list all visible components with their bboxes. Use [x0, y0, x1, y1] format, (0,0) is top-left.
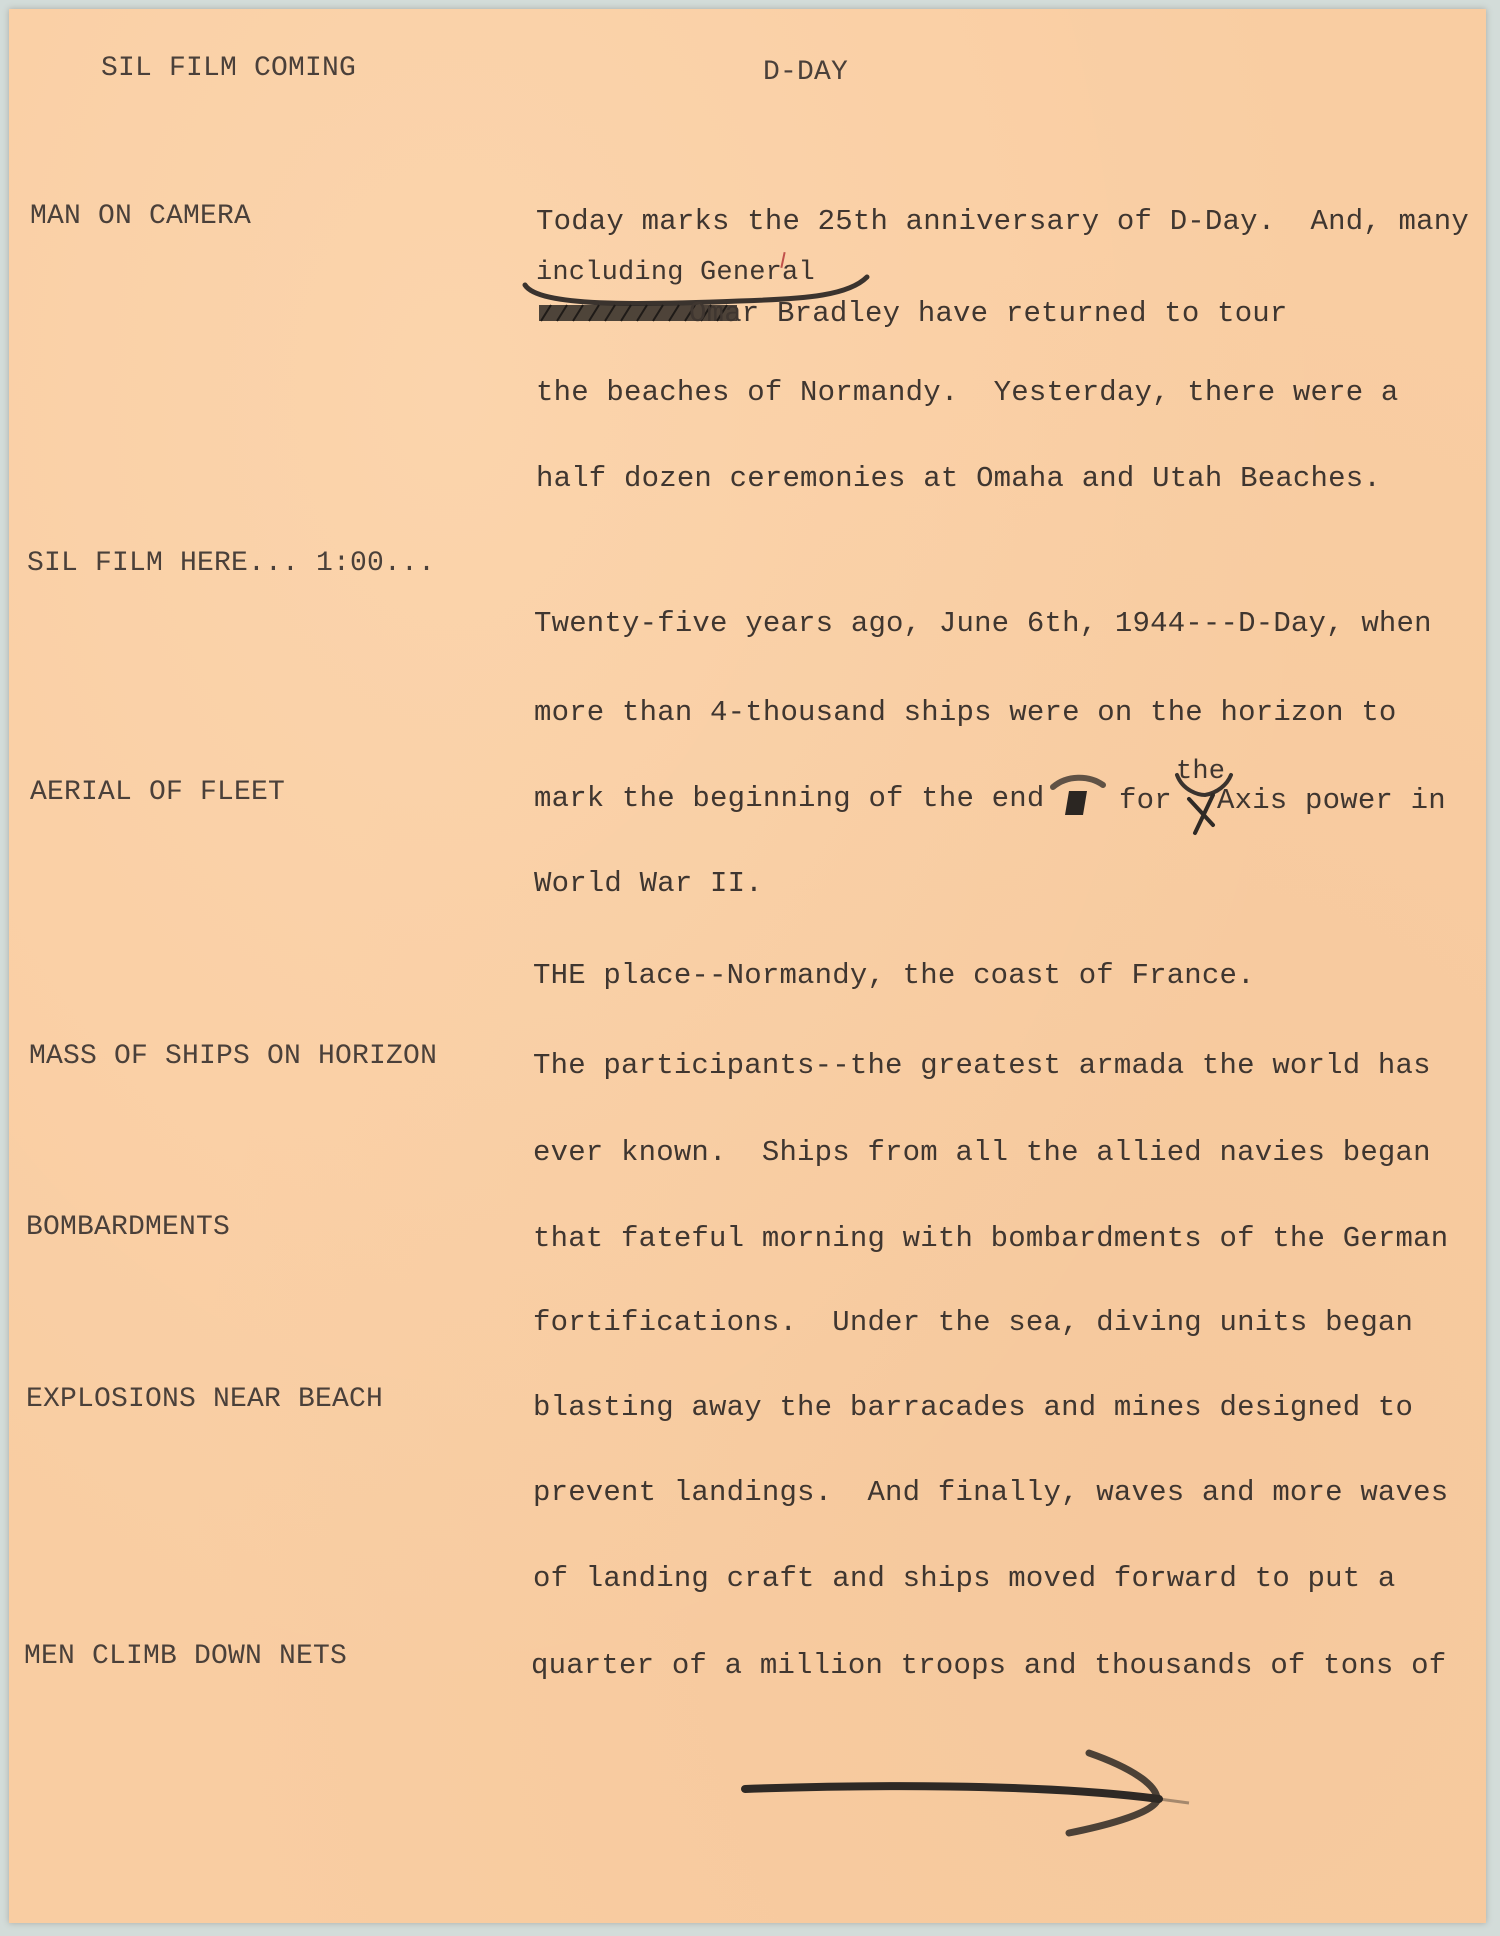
script-line: fortifications. Under the sea, diving un…	[533, 1308, 1413, 1337]
script-line: mark the beginning of the end	[534, 784, 1044, 813]
script-word-axis: Axis power in	[1217, 786, 1446, 815]
script-line: The participants--the greatest armada th…	[533, 1051, 1431, 1080]
cue-mass-of-ships: MASS OF SHIPS ON HORIZON	[29, 1043, 437, 1071]
script-line: half dozen ceremonies at Omaha and Utah …	[536, 464, 1381, 493]
script-line: quarter of a million troops and thousand…	[531, 1651, 1446, 1680]
cue-sil-film-here: SIL FILM HERE... 1:00...	[27, 550, 435, 578]
script-line: World War II.	[534, 869, 763, 898]
script-line: prevent landings. And finally, waves and…	[533, 1478, 1448, 1507]
script-line: ever known. Ships from all the allied na…	[533, 1138, 1431, 1167]
handwritten-insert: including General	[536, 260, 815, 287]
script-line: blasting away the barracades and mines d…	[533, 1393, 1413, 1422]
script-line: THE place--Normandy, the coast of France…	[533, 961, 1255, 990]
cue-explosions-near-beach: EXPLOSIONS NEAR BEACH	[26, 1386, 383, 1414]
script-line: the beaches of Normandy. Yesterday, ther…	[536, 378, 1399, 407]
script-line: Omar Bradley have returned to tour	[689, 299, 1288, 328]
cue-aerial-of-fleet: AERIAL OF FLEET	[30, 779, 285, 807]
strikeout-blot-icon	[1047, 771, 1107, 821]
script-line: that fateful morning with bombardments o…	[533, 1224, 1448, 1253]
script-word-for: for	[1119, 786, 1172, 815]
cue-bombardments: BOMBARDMENTS	[26, 1214, 230, 1242]
handwritten-insert-the: the	[1176, 759, 1225, 786]
slug-title: D-DAY	[763, 59, 848, 87]
script-line: Today marks the 25th anniversary of D-Da…	[536, 207, 1469, 236]
header-left-cue: SIL FILM COMING	[101, 55, 356, 83]
script-line: Twenty-five years ago, June 6th, 1944---…	[534, 609, 1432, 638]
arrow-right-icon	[739, 1739, 1199, 1849]
cue-man-on-camera: MAN ON CAMERA	[30, 203, 251, 231]
cue-men-climb-down-nets: MEN CLIMB DOWN NETS	[24, 1643, 347, 1671]
script-page: SIL FILM COMING D-DAY MAN ON CAMERA SIL …	[9, 9, 1486, 1923]
script-line: more than 4-thousand ships were on the h…	[534, 698, 1397, 727]
script-line: of landing craft and ships moved forward…	[533, 1564, 1396, 1593]
